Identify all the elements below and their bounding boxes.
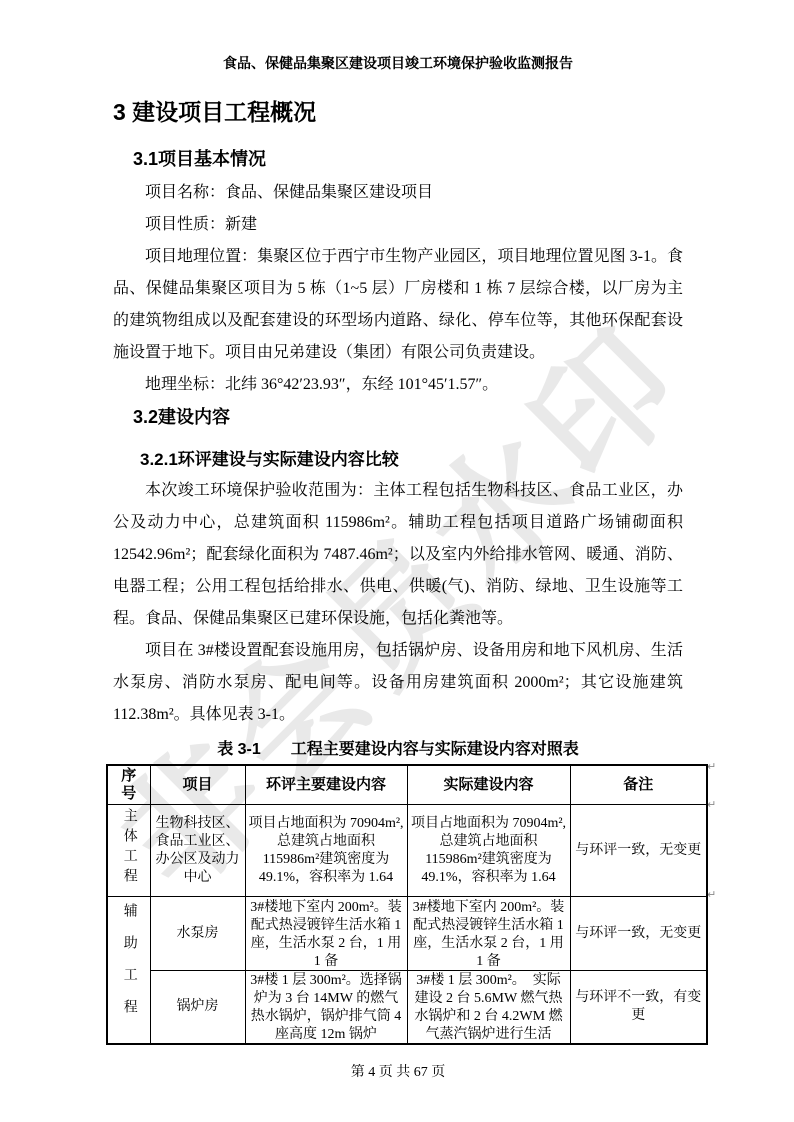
note-cell: 与环评不一致，有变更 <box>570 971 707 1045</box>
cell-text: 3#楼 1 层 300m²。 实际建设 2 台 5.6MW 燃气热水锅炉和 2 … <box>410 972 568 1042</box>
comparison-table: 序号 项目 环评主要建设内容 实际建设内容 备注 主体工程 生物科技区、食品工业… <box>106 764 708 1045</box>
cell-text: 项目占地面积为 70904m²,总建筑占地面积 115986m²建筑密度为 49… <box>248 815 405 887</box>
col-header-seq: 序号 <box>107 765 150 805</box>
col-header-note: 备注 <box>570 765 707 805</box>
cell-text: 3#楼地下室内 200m²。装配式热浸镀锌生活水箱 1 座，生活水泵 2 台，1… <box>248 899 405 969</box>
paragraph-acceptance-scope: 本次竣工环境保护验收范围为：主体工程包括生物科技区、食品工业区，办公及动力中心，… <box>113 475 683 635</box>
actual-cell: 3#楼地下室内 200m²。装配式热浸镀锌生活水箱 1 座，生活水泵 2 台，1… <box>407 897 570 971</box>
actual-cell: 项目占地面积为 70904m²,总建筑占地面积 115986m²建筑密度为 49… <box>407 805 570 897</box>
eia-cell: 项目占地面积为 70904m²,总建筑占地面积 115986m²建筑密度为 49… <box>245 805 407 897</box>
paragraph-coordinates: 地理坐标：北纬 36°42′23.93″，东经 101°45′1.57″。 <box>113 369 683 401</box>
vertical-label: 主体工程 <box>120 808 138 888</box>
project-cell: 锅炉房 <box>150 971 245 1045</box>
note-cell: 与环评一致，无变更 <box>570 897 707 971</box>
table-caption: 表 3-1工程主要建设内容与实际建设内容对照表 <box>113 739 683 761</box>
cell-text: 3#楼 1 层 300m²。选择锅炉为 3 台 14MW 的燃气热水锅炉，锅炉排… <box>248 972 405 1042</box>
table-row: 辅助工程 水泵房 3#楼地下室内 200m²。装配式热浸镀锌生活水箱 1 座，生… <box>107 897 707 971</box>
col-header-eia-content: 环评主要建设内容 <box>245 765 407 805</box>
page-number-footer: 第 4 页 共 67 页 <box>113 1063 683 1083</box>
subsection-heading-comparison: 3.2.1环评建设与实际建设内容比较 <box>140 449 683 471</box>
paragraph-facilities: 项目在 3#楼设置配套设施用房，包括锅炉房、设备用房和地下风机房、生活水泵房、消… <box>113 635 683 731</box>
paragraph-project-name: 项目名称：食品、保健品集聚区建设项目 <box>113 177 683 209</box>
paragraph-project-location: 项目地理位置：集聚区位于西宁市生物产业园区，项目地理位置见图 3-1。食品、保健… <box>113 241 683 369</box>
table-caption-label: 表 3-1 <box>217 741 261 758</box>
col-header-project: 项目 <box>150 765 245 805</box>
cell-text: 3#楼地下室内 200m²。装配式热浸镀锌生活水箱 1 座，生活水泵 2 台，1… <box>410 899 568 969</box>
running-header-title: 食品、保健品集聚区建设项目竣工环境保护验收监测报告 <box>113 55 683 75</box>
eia-cell: 3#楼 1 层 300m²。选择锅炉为 3 台 14MW 的燃气热水锅炉，锅炉排… <box>245 971 407 1045</box>
cell-text: 生物科技区、食品工业区、办公区及动力中心 <box>153 815 243 887</box>
paragraph-project-nature: 项目性质：新建 <box>113 209 683 241</box>
table-row: 锅炉房 3#楼 1 层 300m²。选择锅炉为 3 台 14MW 的燃气热水锅炉… <box>107 971 707 1045</box>
eia-cell: 3#楼地下室内 200m²。装配式热浸镀锌生活水箱 1 座，生活水泵 2 台，1… <box>245 897 407 971</box>
section-heading-basic-info: 3.1项目基本情况 <box>133 147 683 171</box>
note-cell: 与环评一致，无变更 <box>570 805 707 897</box>
document-page: 非会员水印 ↵ ↵ ↵ 食品、保健品集聚区建设项目竣工环境保护验收监测报告 3 … <box>0 0 794 1122</box>
cell-text: 项目占地面积为 70904m²,总建筑占地面积 115986m²建筑密度为 49… <box>410 815 568 887</box>
section-heading-construction-content: 3.2建设内容 <box>133 405 683 429</box>
vertical-label: 辅助工程 <box>120 903 138 1031</box>
actual-cell: 3#楼 1 层 300m²。 实际建设 2 台 5.6MW 燃气热水锅炉和 2 … <box>407 971 570 1045</box>
page-content: 食品、保健品集聚区建设项目竣工环境保护验收监测报告 3 建设项目工程概况 3.1… <box>0 0 794 1083</box>
table-header-row: 序号 项目 环评主要建设内容 实际建设内容 备注 <box>107 765 707 805</box>
chapter-heading: 3 建设项目工程概况 <box>113 97 683 127</box>
seq-cell-main-project: 主体工程 <box>107 805 150 897</box>
table-caption-title: 工程主要建设内容与实际建设内容对照表 <box>291 741 579 758</box>
project-cell: 水泵房 <box>150 897 245 971</box>
col-header-actual-content: 实际建设内容 <box>407 765 570 805</box>
seq-cell-auxiliary-project: 辅助工程 <box>107 897 150 1045</box>
project-cell: 生物科技区、食品工业区、办公区及动力中心 <box>150 805 245 897</box>
table-row: 主体工程 生物科技区、食品工业区、办公区及动力中心 项目占地面积为 70904m… <box>107 805 707 897</box>
